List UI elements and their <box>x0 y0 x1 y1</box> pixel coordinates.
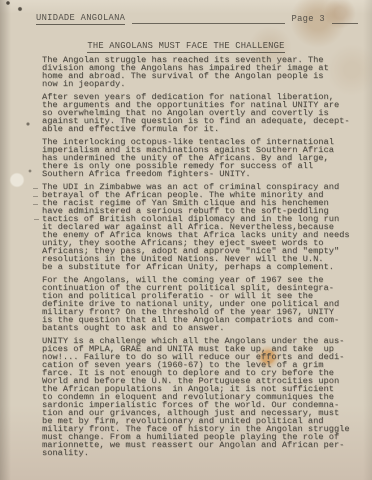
paragraph: The UDI in Zimbabwe was an act of crimin… <box>42 183 364 271</box>
paragraph: UNITY is a challenge which all the Angol… <box>42 337 364 457</box>
scanned-document-page: UNIDADE ANGOLANA Page 3 THE ANGOLANS MUS… <box>0 0 372 480</box>
header-rule-end <box>332 23 358 24</box>
page-header: UNIDADE ANGOLANA Page 3 <box>36 13 358 25</box>
article-body: The Angolan struggle has reached its sev… <box>42 56 364 462</box>
paragraph: For the Angolans, will the coming year o… <box>42 276 364 332</box>
margin-pencil-mark <box>33 196 38 197</box>
article-title-row: THE ANGOLANS MUST FACE THE CHALLENGE <box>0 41 372 51</box>
header-rule <box>132 23 284 24</box>
margin-pencil-mark <box>34 219 39 220</box>
margin-pencil-mark <box>33 204 38 205</box>
page-number: Page 3 <box>292 14 325 25</box>
publication-title: UNIDADE ANGOLANA <box>36 13 125 25</box>
paragraph: The interlocking octopus-like tentacles … <box>42 138 364 178</box>
paragraph: The Angolan struggle has reached its sev… <box>42 56 364 88</box>
margin-pencil-mark <box>33 188 38 189</box>
paragraph: After seven years of dedication for nati… <box>42 93 364 133</box>
article-title: THE ANGOLANS MUST FACE THE CHALLENGE <box>87 41 284 53</box>
